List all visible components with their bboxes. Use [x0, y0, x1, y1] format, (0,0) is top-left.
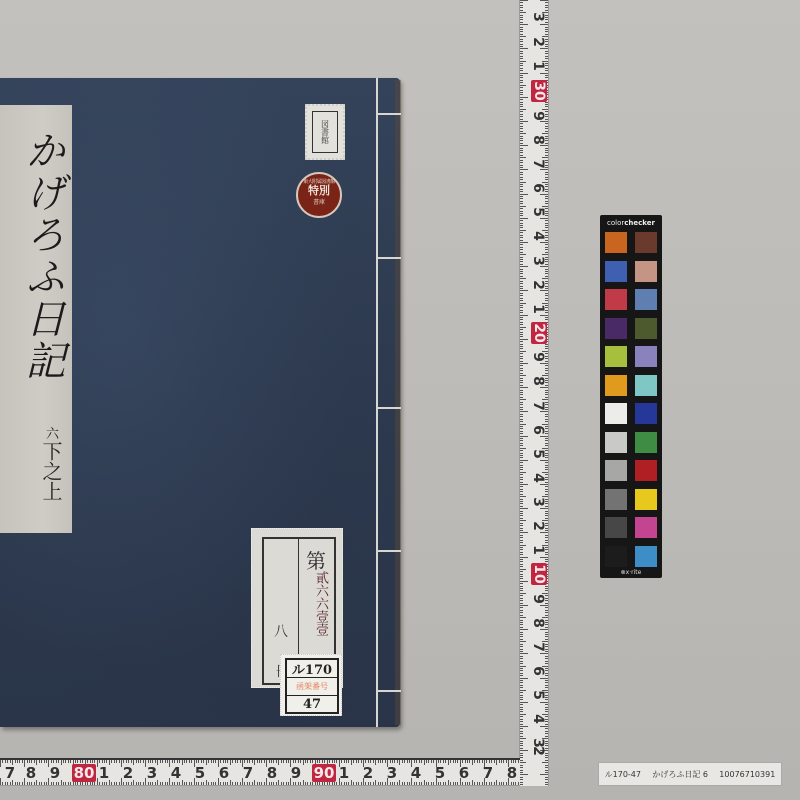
ruler-tick — [174, 782, 175, 785]
color-swatch — [605, 375, 627, 396]
ruler-tick — [545, 610, 548, 611]
ruler-tick — [520, 757, 523, 758]
ruler-tick — [520, 162, 523, 163]
ruler-tick — [520, 261, 523, 262]
ruler-tick — [520, 145, 528, 146]
catalog-caption: ル170-47 かげろふ日記 6 10076710391 — [598, 762, 782, 786]
ruler-tick — [520, 399, 526, 400]
ruler-tick — [479, 782, 480, 785]
ruler-tick — [545, 368, 548, 369]
ruler-tick — [520, 295, 523, 296]
ruler-tick — [499, 760, 500, 763]
ruler-tick — [520, 731, 523, 732]
ruler-tick — [235, 760, 236, 763]
ruler-tick — [225, 760, 226, 763]
ruler-tick — [346, 782, 347, 785]
ruler-tick — [402, 760, 403, 763]
ruler-tick — [520, 94, 523, 95]
ruler-tick — [114, 782, 115, 785]
ruler-tick — [545, 707, 548, 708]
ruler-tick — [152, 760, 153, 763]
ruler-tick — [102, 760, 103, 763]
ruler-tick — [80, 760, 81, 763]
ruler-tick — [520, 128, 523, 129]
ruler-tick — [520, 741, 523, 742]
ruler-tick — [247, 782, 248, 785]
ruler-tick — [520, 583, 523, 584]
ruler-label: 6 — [216, 764, 232, 782]
ruler-tick — [520, 407, 523, 408]
ruler-label: 8 — [264, 764, 280, 782]
ruler-tick — [474, 760, 475, 763]
caption-id: 10076710391 — [719, 770, 775, 779]
ruler-tick — [520, 220, 523, 221]
ruler-tick — [520, 230, 526, 231]
color-swatch — [635, 346, 657, 367]
ruler-tick — [520, 123, 523, 124]
ruler-tick — [520, 697, 523, 698]
ruler-tick — [520, 641, 526, 642]
ruler-tick — [298, 782, 299, 785]
ruler-tick — [520, 506, 523, 507]
ruler-label: 1 — [530, 299, 546, 319]
ruler-tick — [520, 41, 523, 42]
ruler-tick — [259, 760, 260, 763]
ruler-tick — [397, 782, 398, 785]
ruler-tick — [520, 545, 526, 546]
ruler-tick — [63, 782, 64, 785]
ruler-tick — [520, 7, 523, 8]
ruler-tick — [520, 629, 528, 630]
ruler-tick — [520, 675, 523, 676]
ruler-label: 10 — [531, 563, 547, 585]
ruler-tick — [520, 121, 528, 122]
ruler-tick — [237, 760, 238, 763]
ruler-tick — [329, 760, 330, 763]
call-label-prefix: 第 — [306, 545, 326, 574]
ruler-tick — [520, 300, 523, 301]
ruler-tick — [506, 760, 507, 763]
ruler-tick — [520, 140, 523, 141]
color-swatch — [635, 261, 657, 282]
ruler-tick — [520, 87, 523, 88]
ruler-tick — [515, 782, 516, 785]
ruler-tick — [390, 760, 391, 763]
ruler-label: 30 — [531, 80, 547, 102]
ruler-tick — [520, 733, 523, 734]
shelf-label-row-2: 函架番号 — [287, 678, 337, 696]
ruler-tick — [29, 760, 30, 763]
ruler-tick — [348, 760, 349, 763]
ruler-tick — [322, 782, 323, 785]
color-swatch — [635, 489, 657, 510]
ruler-tick — [520, 225, 523, 226]
ruler-tick — [332, 782, 333, 785]
ruler-tick — [298, 760, 299, 763]
ruler-tick — [520, 673, 523, 674]
ruler-tick — [540, 774, 548, 775]
ruler-tick — [520, 150, 523, 151]
ruler-tick — [402, 782, 403, 785]
ruler-tick — [208, 782, 209, 785]
ruler-tick — [545, 779, 548, 780]
ruler-tick — [344, 782, 345, 785]
ruler-tick — [106, 782, 107, 785]
ruler-tick — [227, 760, 228, 763]
ruler-tick — [167, 782, 168, 785]
ruler-tick — [244, 782, 245, 785]
ruler-tick — [317, 782, 318, 785]
ruler-tick — [520, 80, 523, 81]
ruler-tick — [520, 760, 523, 761]
ruler-tick — [213, 760, 214, 763]
ruler-label: 9 — [530, 347, 546, 367]
ruler-tick — [373, 760, 374, 763]
ruler-label: 5 — [192, 764, 208, 782]
ruler-tick — [520, 479, 523, 480]
ruler-tick — [520, 450, 523, 451]
ruler-tick — [520, 160, 523, 161]
color-swatch — [605, 489, 627, 510]
ruler-tick — [397, 760, 398, 763]
ruler-tick — [433, 782, 434, 785]
ruler-tick — [520, 56, 523, 57]
ruler-tick — [520, 569, 526, 570]
ruler-tick — [520, 370, 523, 371]
ruler-tick — [520, 762, 526, 763]
ruler-label: 4 — [168, 764, 184, 782]
shelf-label-grid: ル170 函架番号 47 — [285, 658, 339, 714]
ruler-tick — [140, 760, 141, 763]
ruler-tick — [46, 782, 47, 785]
ruler-tick — [520, 627, 523, 628]
ruler-tick — [520, 438, 523, 439]
ruler-tick — [520, 281, 523, 282]
ruler-tick — [520, 303, 526, 304]
ruler-tick — [518, 760, 519, 763]
ruler-tick — [520, 58, 523, 59]
ruler-tick — [148, 760, 149, 763]
ruler-tick — [165, 782, 166, 785]
ruler-tick — [520, 738, 526, 739]
ruler-tick — [53, 782, 54, 785]
ruler-tick — [312, 760, 313, 763]
ruler-tick — [520, 695, 523, 696]
ruler-tick — [421, 760, 422, 763]
ruler-tick — [438, 760, 439, 763]
ruler-tick — [545, 174, 548, 175]
ruler-tick — [346, 760, 347, 763]
ruler-tick — [138, 782, 139, 785]
ruler-tick — [29, 782, 30, 785]
ruler-tick — [520, 477, 523, 478]
ruler-tick — [520, 610, 523, 611]
color-swatch — [605, 403, 627, 424]
binding-stitch — [376, 690, 401, 692]
ruler-tick — [520, 24, 528, 25]
ruler-tick — [520, 368, 523, 369]
ruler-tick — [136, 760, 137, 763]
ruler-tick — [370, 760, 371, 763]
ruler-tick — [520, 174, 523, 175]
ruler-tick — [520, 690, 526, 691]
ruler-tick — [416, 782, 417, 785]
ruler-label: 3 — [384, 764, 400, 782]
ruler-tick — [334, 782, 335, 785]
ruler-tick — [520, 394, 523, 395]
ruler-tick — [520, 624, 523, 625]
ruler-tick — [520, 191, 523, 192]
ruler-tick — [520, 235, 523, 236]
ruler-tick — [5, 782, 6, 785]
ruler-tick — [520, 361, 523, 362]
ruler-tick — [380, 760, 381, 763]
ruler-tick — [520, 131, 523, 132]
ruler-tick — [520, 639, 523, 640]
ruler-tick — [482, 782, 483, 785]
ruler-tick — [19, 782, 20, 785]
ruler-tick — [2, 782, 3, 785]
ruler-tick — [520, 17, 523, 18]
ruler-tick — [520, 513, 523, 514]
ruler-tick — [34, 760, 35, 763]
ruler-tick — [394, 782, 395, 785]
ruler-tick — [421, 782, 422, 785]
ruler-tick — [310, 760, 311, 763]
ruler-tick — [65, 782, 66, 785]
ruler-tick — [520, 177, 523, 178]
ruler-tick — [189, 782, 190, 785]
binding-stitch — [376, 113, 401, 115]
ruler-tick — [300, 782, 301, 785]
ruler-tick — [22, 782, 23, 785]
ruler-tick — [520, 116, 523, 117]
ruler-tick — [264, 760, 265, 763]
ruler-tick — [520, 433, 523, 434]
seal-main-text: 特別 — [298, 185, 340, 196]
ruler-tick — [520, 249, 523, 250]
ruler-tick — [70, 782, 71, 785]
ruler-tick — [520, 564, 523, 565]
ruler-tick — [520, 670, 523, 671]
ruler-tick — [520, 155, 523, 156]
ruler-tick — [520, 244, 523, 245]
ruler-tick — [520, 119, 523, 120]
color-swatch — [635, 460, 657, 481]
ruler-tick — [520, 106, 523, 107]
ruler-tick — [196, 782, 197, 785]
ruler-tick — [520, 649, 523, 650]
ruler-tick — [520, 467, 523, 468]
ruler-tick — [203, 760, 204, 763]
ruler-tick — [520, 307, 523, 308]
ruler-tick — [545, 392, 548, 393]
ruler-tick — [252, 760, 253, 763]
ruler-tick — [545, 295, 548, 296]
ruler-tick — [520, 46, 523, 47]
ruler-label: 7 — [530, 396, 546, 416]
ruler-tick — [17, 782, 18, 785]
ruler-tick — [288, 782, 289, 785]
ruler-tick — [34, 782, 35, 785]
ruler-tick — [506, 782, 507, 785]
ruler-tick — [271, 760, 272, 763]
ruler-label: 6 — [530, 178, 546, 198]
ruler-tick — [356, 760, 357, 763]
ruler-tick — [82, 782, 83, 785]
ruler-tick — [131, 782, 132, 785]
ruler-tick — [440, 782, 441, 785]
ruler-tick — [235, 782, 236, 785]
ruler-tick — [419, 760, 420, 763]
color-swatch — [605, 517, 627, 538]
ruler-tick — [520, 346, 523, 347]
ruler-tick — [520, 138, 523, 139]
ruler-tick — [520, 559, 523, 560]
ruler-tick — [104, 760, 105, 763]
horizontal-ruler: 789801234567899012345678 — [0, 758, 520, 786]
ruler-tick — [520, 169, 528, 170]
ruler-tick — [457, 782, 458, 785]
ruler-tick — [39, 760, 40, 763]
ruler-tick — [365, 760, 366, 763]
ruler-tick — [102, 782, 103, 785]
ruler-tick — [520, 537, 523, 538]
ruler-tick — [520, 774, 528, 775]
ruler-tick — [472, 780, 473, 785]
ruler-tick — [520, 114, 523, 115]
volume-number: 六 — [46, 423, 59, 442]
call-label-left-top: 八 — [274, 621, 288, 641]
ruler-tick — [520, 29, 523, 30]
ruler-tick — [276, 782, 277, 785]
ruler-tick — [494, 760, 495, 763]
ruler-tick — [414, 782, 415, 785]
ruler-tick — [462, 782, 463, 785]
ruler-tick — [407, 760, 408, 763]
ruler-tick — [545, 634, 548, 635]
ruler-tick — [520, 63, 523, 64]
ruler-tick — [520, 317, 523, 318]
ruler-tick — [143, 760, 144, 763]
ruler-tick — [520, 240, 523, 241]
ruler-tick — [513, 760, 514, 763]
ruler-label: 2 — [530, 516, 546, 536]
ruler-tick — [465, 760, 466, 763]
ruler-tick — [324, 782, 325, 785]
ruler-tick — [520, 61, 526, 62]
shelf-number-label: ル170 函架番号 47 — [280, 654, 342, 716]
ruler-tick — [545, 731, 548, 732]
ruler-tick — [520, 82, 523, 83]
ruler-tick — [520, 378, 523, 379]
ruler-tick — [520, 380, 523, 381]
ruler-tick — [479, 760, 480, 763]
ruler-tick — [520, 547, 523, 548]
ruler-tick — [177, 782, 178, 785]
ruler-tick — [252, 782, 253, 785]
ruler-tick — [232, 782, 233, 785]
ruler-tick — [520, 351, 526, 352]
ruler-label: 7 — [2, 764, 18, 782]
ruler-tick — [348, 782, 349, 785]
ruler-tick — [520, 714, 526, 715]
ruler-tick — [520, 51, 523, 52]
ruler-tick — [520, 186, 523, 187]
ruler-tick — [7, 782, 8, 785]
ruler-tick — [128, 760, 129, 763]
ruler-tick — [269, 782, 270, 785]
ruler-tick — [148, 782, 149, 785]
ruler-tick — [520, 387, 528, 388]
ruler-label: 3 — [530, 492, 546, 512]
ruler-tick — [520, 232, 523, 233]
ruler-tick — [520, 315, 528, 316]
ruler-tick — [53, 760, 54, 763]
ruler-tick — [520, 554, 523, 555]
ruler-tick — [545, 770, 548, 771]
ruler-tick — [520, 102, 523, 103]
ruler-tick — [203, 782, 204, 785]
ruler-tick — [281, 782, 282, 785]
ruler-tick — [540, 0, 548, 1]
ruler-tick — [520, 448, 526, 449]
ruler-tick — [520, 10, 523, 11]
ruler-tick — [520, 571, 523, 572]
ruler-tick — [520, 104, 523, 105]
color-checker-card: colorchecker ⊗x·rite — [600, 215, 662, 578]
color-swatch — [635, 517, 657, 538]
ruler-tick — [515, 760, 516, 763]
ruler-tick — [232, 760, 233, 763]
ruler-tick — [520, 375, 526, 376]
ruler-tick — [179, 782, 180, 785]
binding-stitch — [376, 550, 401, 552]
ruler-tick — [56, 760, 57, 763]
ruler-tick — [0, 778, 1, 785]
color-swatch — [605, 546, 627, 567]
ruler-tick — [520, 653, 528, 654]
ruler-tick — [520, 324, 523, 325]
ruler-tick — [520, 462, 523, 463]
ruler-tick — [520, 658, 523, 659]
color-swatch — [605, 460, 627, 481]
ruler-tick — [520, 334, 523, 335]
ruler-tick — [370, 782, 371, 785]
ruler-tick — [520, 482, 523, 483]
ruler-tick — [341, 760, 342, 763]
ruler-tick — [545, 271, 548, 272]
ruler-tick — [116, 782, 117, 785]
ruler-tick — [227, 782, 228, 785]
ruler-tick — [520, 339, 528, 340]
ruler-tick — [123, 760, 124, 763]
color-swatch — [635, 432, 657, 453]
ruler-label: 3 — [530, 7, 546, 27]
ruler-tick — [520, 782, 523, 783]
ruler-tick — [39, 782, 40, 785]
ruler-tick — [520, 622, 523, 623]
ruler-label: 8 — [530, 130, 546, 150]
ruler-tick — [520, 598, 523, 599]
ruler-tick — [520, 39, 523, 40]
ruler-tick — [382, 760, 383, 763]
ruler-tick — [198, 782, 199, 785]
ruler-tick — [329, 782, 330, 785]
ruler-tick — [520, 194, 528, 195]
ruler-tick — [520, 491, 523, 492]
ruler-tick — [545, 537, 548, 538]
